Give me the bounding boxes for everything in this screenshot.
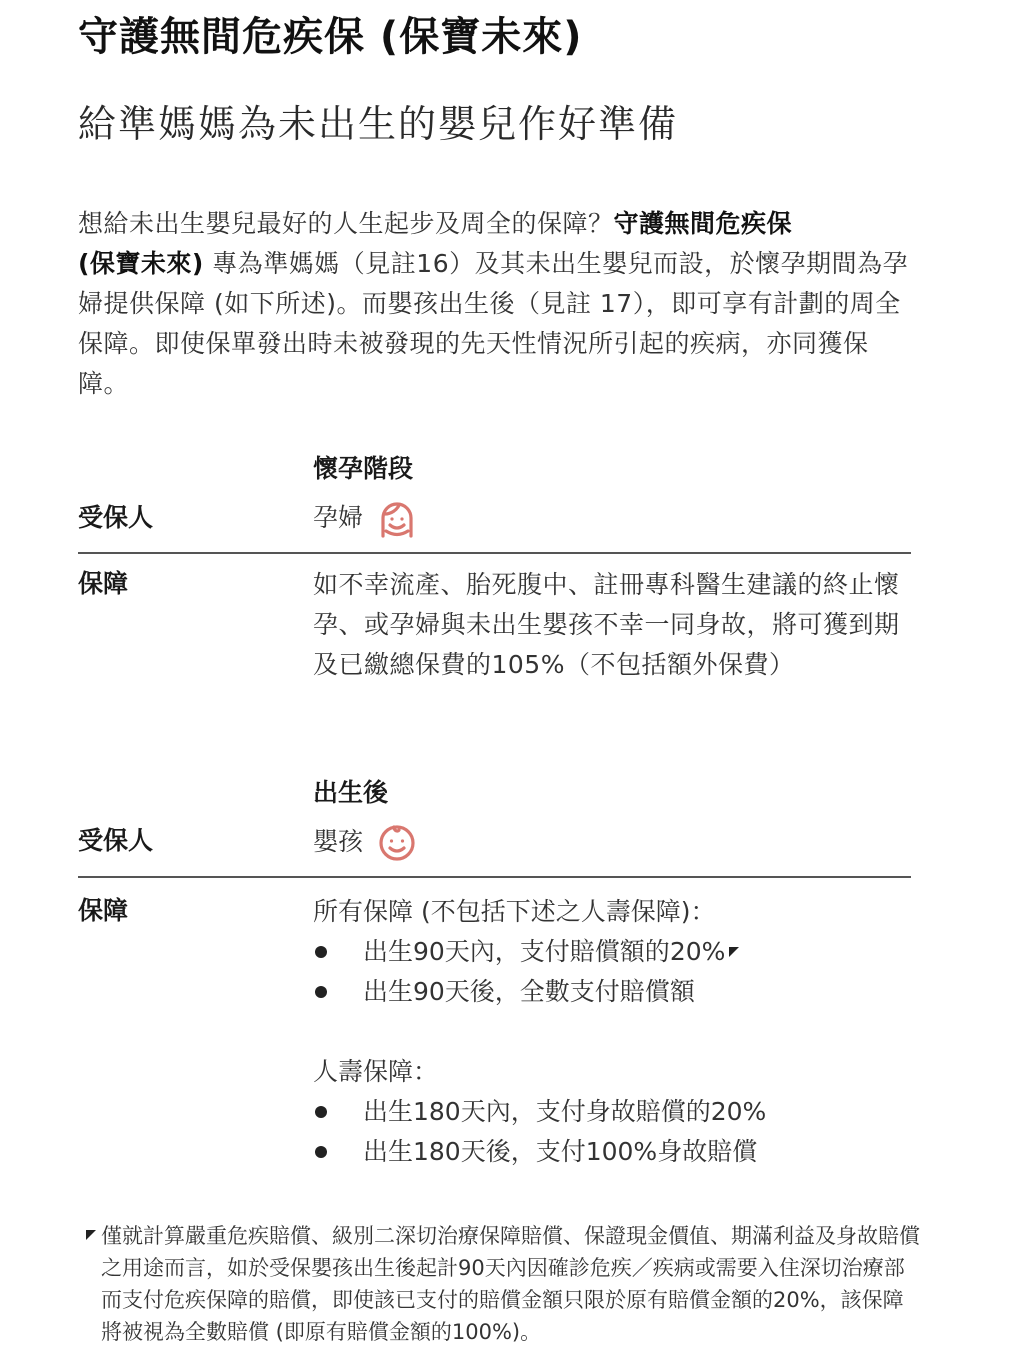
woman-face-icon xyxy=(377,498,417,538)
list-item: 出生180天後，支付100%身故賠償 xyxy=(313,1132,766,1172)
pregnancy-insured-text: 孕婦 xyxy=(313,500,363,536)
baby-insured-value: 嬰孩 xyxy=(313,822,417,862)
intro-product-suffix: (保寶未來) xyxy=(78,249,204,278)
list-item: 出生90天內，支付賠償額的20% xyxy=(313,932,739,972)
list-item: 出生180天內，支付身故賠償的20% xyxy=(313,1092,766,1132)
pregnancy-coverage-label: 保障 xyxy=(78,566,128,602)
page-subtitle: 給準媽媽為未出生的嬰兒作好準備 xyxy=(78,94,678,154)
footnote-marker-icon xyxy=(86,1230,96,1240)
pregnancy-coverage-text: 如不幸流產、胎死腹中、註冊專科醫生建議的終止懷孕、或孕婦與未出生嬰孩不幸一同身故… xyxy=(313,565,913,685)
baby-insured-label: 受保人 xyxy=(78,823,153,859)
bullet-icon xyxy=(315,1146,327,1158)
list-item-text: 出生90天內，支付賠償額的20% xyxy=(363,932,725,972)
list-item-text: 出生180天後，支付100%身故賠償 xyxy=(363,1132,757,1172)
intro-text-before: 想給未出生嬰兒最好的人生起步及周全的保障？ xyxy=(78,209,614,238)
life-coverage-heading: 人壽保障： xyxy=(313,1052,766,1092)
pregnancy-stage-heading: 懷孕階段 xyxy=(313,451,413,487)
pregnancy-insured-value: 孕婦 xyxy=(313,498,417,538)
intro-product-name: 守護無間危疾保 xyxy=(614,209,793,238)
life-coverage-block: 人壽保障： 出生180天內，支付身故賠償的20% 出生180天後，支付100%身… xyxy=(313,1052,766,1172)
list-item: 出生90天後，全數支付賠償額 xyxy=(313,972,739,1012)
list-item-text: 出生180天內，支付身故賠償的20% xyxy=(363,1092,766,1132)
bullet-icon xyxy=(315,946,327,958)
divider xyxy=(78,876,911,878)
all-coverage-heading: 所有保障 (不包括下述之人壽保障)： xyxy=(313,892,739,932)
baby-coverage-label: 保障 xyxy=(78,893,128,929)
baby-insured-text: 嬰孩 xyxy=(313,824,363,860)
divider xyxy=(78,552,911,554)
list-item-text: 出生90天後，全數支付賠償額 xyxy=(363,972,695,1012)
after-birth-heading: 出生後 xyxy=(313,775,388,811)
bullet-icon xyxy=(315,986,327,998)
footnote-text: 僅就計算嚴重危疾賠償、級別二深切治療保障賠償、保證現金價值、期滿利益及身故賠償之… xyxy=(82,1220,922,1348)
intro-paragraph: 想給未出生嬰兒最好的人生起步及周全的保障？守護無間危疾保(保寶未來) 專為準媽媽… xyxy=(78,204,918,404)
all-coverage-block: 所有保障 (不包括下述之人壽保障)： 出生90天內，支付賠償額的20% 出生90… xyxy=(313,892,739,1012)
page-title: 守護無間危疾保 (保寶未來) xyxy=(78,6,583,68)
footnote: 僅就計算嚴重危疾賠償、級別二深切治療保障賠償、保證現金價值、期滿利益及身故賠償之… xyxy=(82,1220,922,1348)
footnote-marker-icon xyxy=(729,947,739,957)
pregnancy-insured-label: 受保人 xyxy=(78,500,153,536)
bullet-icon xyxy=(315,1106,327,1118)
baby-face-icon xyxy=(377,822,417,862)
